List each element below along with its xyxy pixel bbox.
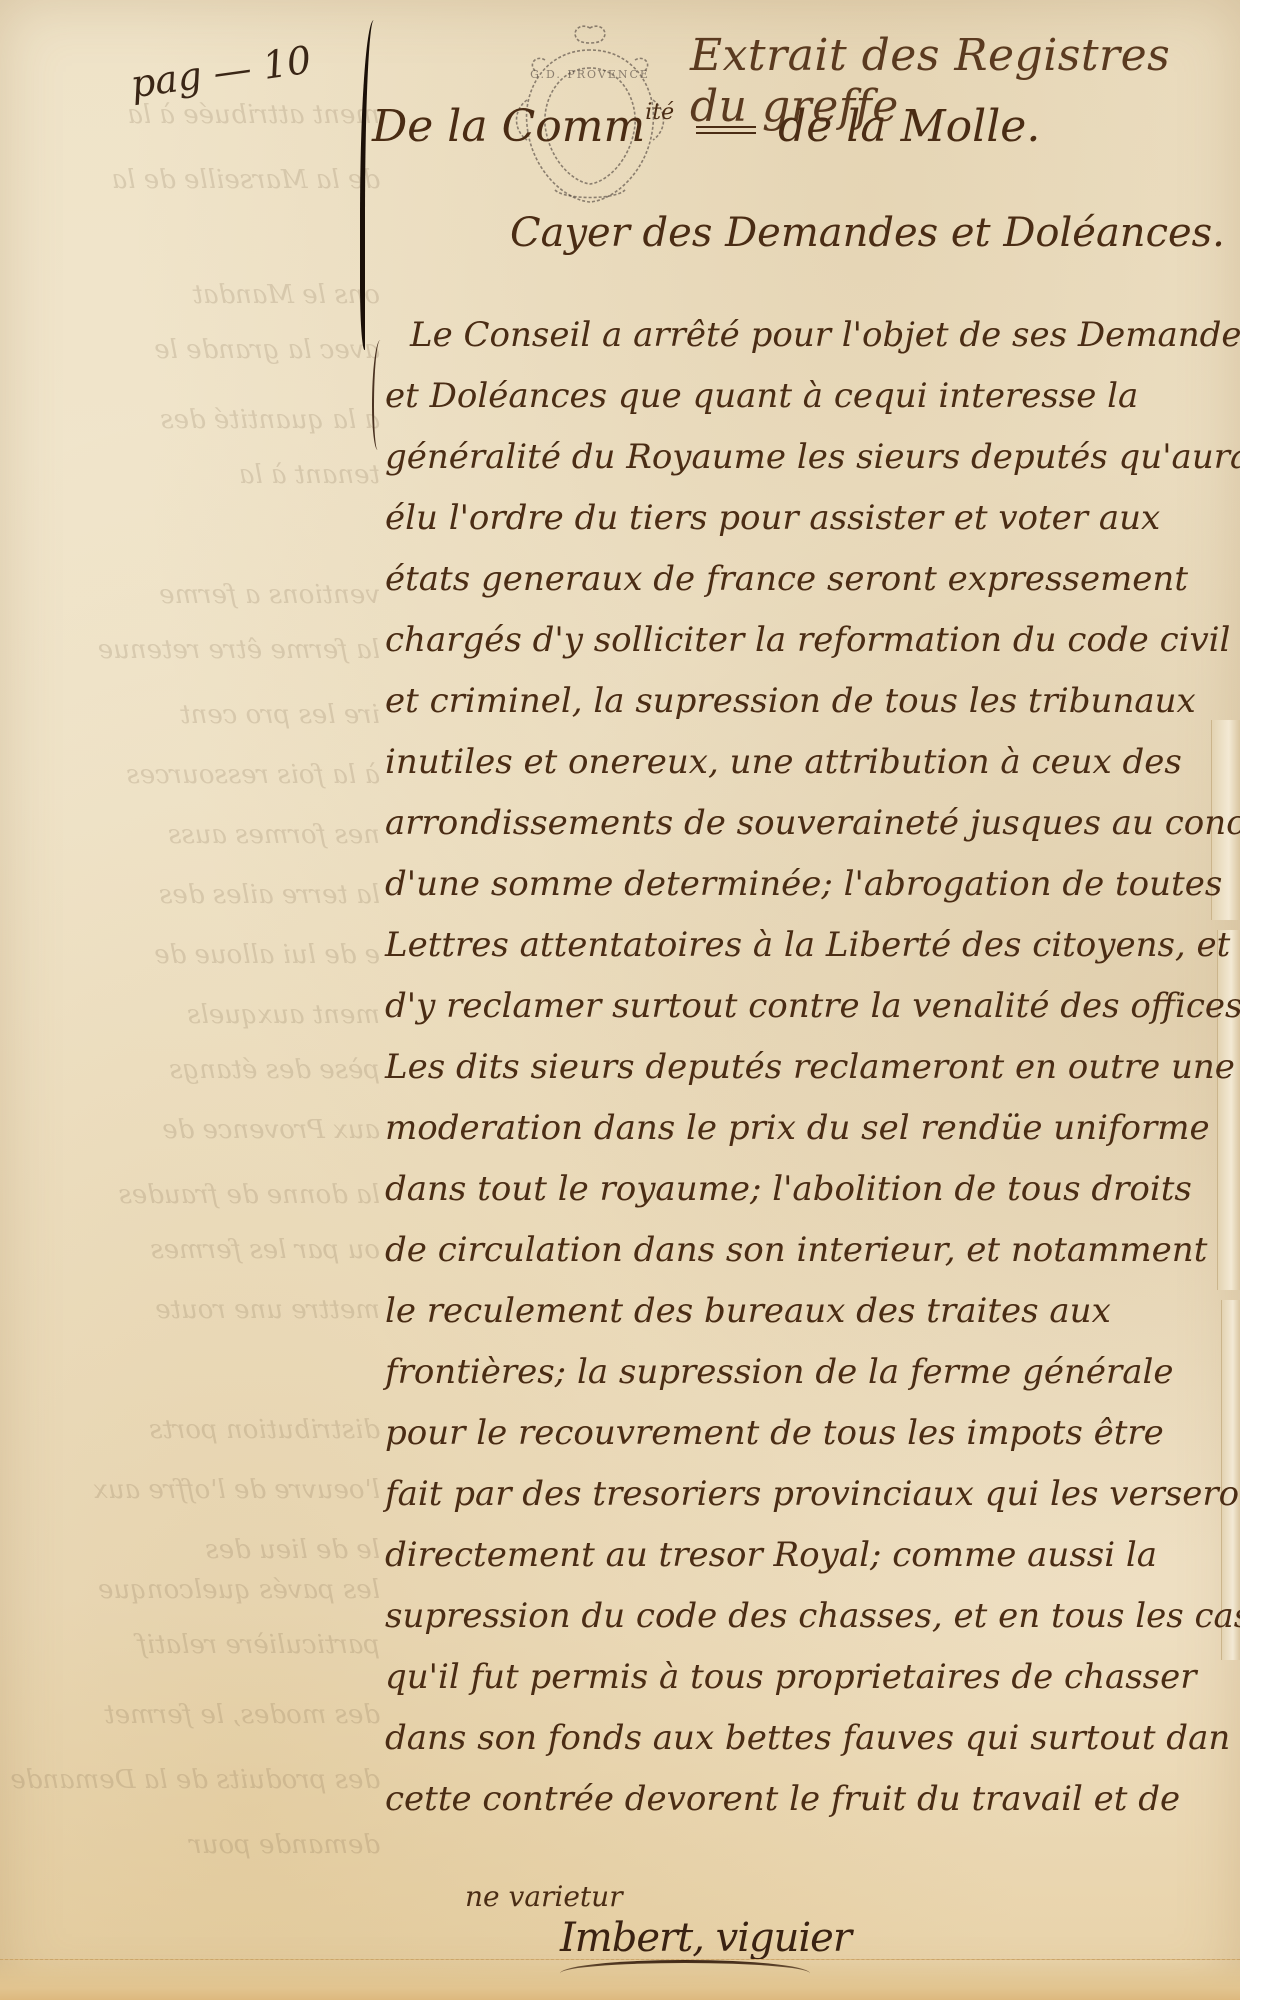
body-line: inutiles et onereux, une attribution à c… xyxy=(385,732,1240,793)
body-line: frontières; la supression de la ferme gé… xyxy=(385,1342,1240,1403)
body-line: dans tout le royaume; l'abolition de tou… xyxy=(385,1159,1240,1220)
body-line: qu'il fut permis à tous proprietaires de… xyxy=(385,1647,1240,1708)
ghost-line: aux Provence de xyxy=(20,1115,380,1145)
header-commune-superscript: ité xyxy=(645,100,674,125)
body-line: moderation dans le prix du sel rendüe un… xyxy=(385,1098,1240,1159)
body-line: généralité du Royaume les sieurs deputés… xyxy=(385,427,1240,488)
ghost-line: ou par les fermes xyxy=(20,1235,380,1265)
ghost-line: mettre une route xyxy=(20,1295,380,1325)
ghost-line: de la Marseille de la xyxy=(20,165,380,195)
catchword-ne-varietur: ne varietur xyxy=(465,1880,623,1913)
document-title: Cayer des Demandes et Doléances. xyxy=(510,210,1225,256)
body-line: dans son fonds aux bettes fauves qui sur… xyxy=(385,1708,1240,1769)
ghost-line: ment auxquels xyxy=(20,1000,380,1030)
body-line: chargés d'y solliciter la reformation du… xyxy=(385,610,1240,671)
header-commune-name: de la Molle. xyxy=(778,101,1040,152)
manuscript-page: ment attribuée à la de la Marseille de l… xyxy=(0,0,1240,2000)
body-line: et criminel, la supression de tous les t… xyxy=(385,671,1240,732)
body-line: d'une somme determinée; l'abrogation de … xyxy=(385,854,1240,915)
ghost-line: e de lui alloue de xyxy=(20,940,380,970)
ghost-line: ventions a ferme xyxy=(20,580,380,610)
body-line: d'y reclamer surtout contre la venalité … xyxy=(385,976,1240,1037)
body-line: Le Conseil a arrêté pour l'objet de ses … xyxy=(385,305,1240,366)
ghost-line: particulière relatif xyxy=(20,1630,380,1660)
ghost-line: l'oeuvre de l'offre aux xyxy=(20,1475,380,1505)
body-line: directement au tresor Royal; comme aussi… xyxy=(385,1525,1240,1586)
body-line: le reculement des bureaux des traites au… xyxy=(385,1281,1240,1342)
ghost-line: ire les pro cent xyxy=(20,700,380,730)
ghost-line: les pavés quelconque xyxy=(20,1575,380,1605)
ghost-line: des produits de la Demande xyxy=(20,1765,380,1795)
header-commune: De la Commité de la Molle. xyxy=(372,100,1040,152)
body-line: cette contrée devorent le fruit du trava… xyxy=(385,1769,1240,1830)
ghost-line: ment attribuée à la xyxy=(20,100,380,130)
ghost-line: nes formes auss xyxy=(20,820,380,850)
body-line: Lettres attentatoires à la Liberté des c… xyxy=(385,915,1240,976)
ghost-line: avec la grande le xyxy=(20,335,380,365)
margin-bracket-lower xyxy=(372,340,386,450)
body-line: arrondissements de souveraineté jusques … xyxy=(385,793,1240,854)
body-line: fait par des tresoriers provinciaux qui … xyxy=(385,1464,1240,1525)
stamp-text: G.D. PROVENCE xyxy=(505,68,675,81)
margin-bracket xyxy=(360,20,383,350)
document-body: Le Conseil a arrêté pour l'objet de ses … xyxy=(385,305,1240,1830)
ghost-line: la ferme être retenue xyxy=(20,635,380,665)
ghost-line: pèse des étangs xyxy=(20,1055,380,1085)
ghost-line: demande pour xyxy=(20,1830,380,1860)
body-line: pour le recouvrement de tous les impots … xyxy=(385,1403,1240,1464)
signature: Imbert, viguier xyxy=(560,1915,851,1961)
ghost-line: tenant à la xyxy=(20,460,380,490)
header-commune-prefix: De la Comm xyxy=(372,101,645,152)
body-line: élu l'ordre du tiers pour assister et vo… xyxy=(385,488,1240,549)
header-divider xyxy=(696,126,756,134)
body-line: supression du code des chasses, et en to… xyxy=(385,1586,1240,1647)
body-line: états generaux de france seront expresse… xyxy=(385,549,1240,610)
body-line: de circulation dans son interieur, et no… xyxy=(385,1220,1240,1281)
ghost-line: la donne de fraudes xyxy=(20,1180,380,1210)
ghost-line: a la quantité des xyxy=(20,405,380,435)
ghost-line: ons le Mandat xyxy=(20,280,380,310)
body-line: et Doléances que quant à cequi interesse… xyxy=(385,366,1240,427)
torn-bottom-edge xyxy=(0,1959,1240,2000)
ghost-line: le de lieu des xyxy=(20,1535,380,1565)
ghost-line: à la fois ressources xyxy=(20,760,380,790)
ghost-line: des modes, le fermet xyxy=(20,1700,380,1730)
body-line: Les dits sieurs deputés reclameront en o… xyxy=(385,1037,1240,1098)
ghost-line: distribution ports xyxy=(20,1415,380,1445)
page-reference: pag — 10 xyxy=(128,38,314,107)
ghost-line: la terre ailes des xyxy=(20,880,380,910)
